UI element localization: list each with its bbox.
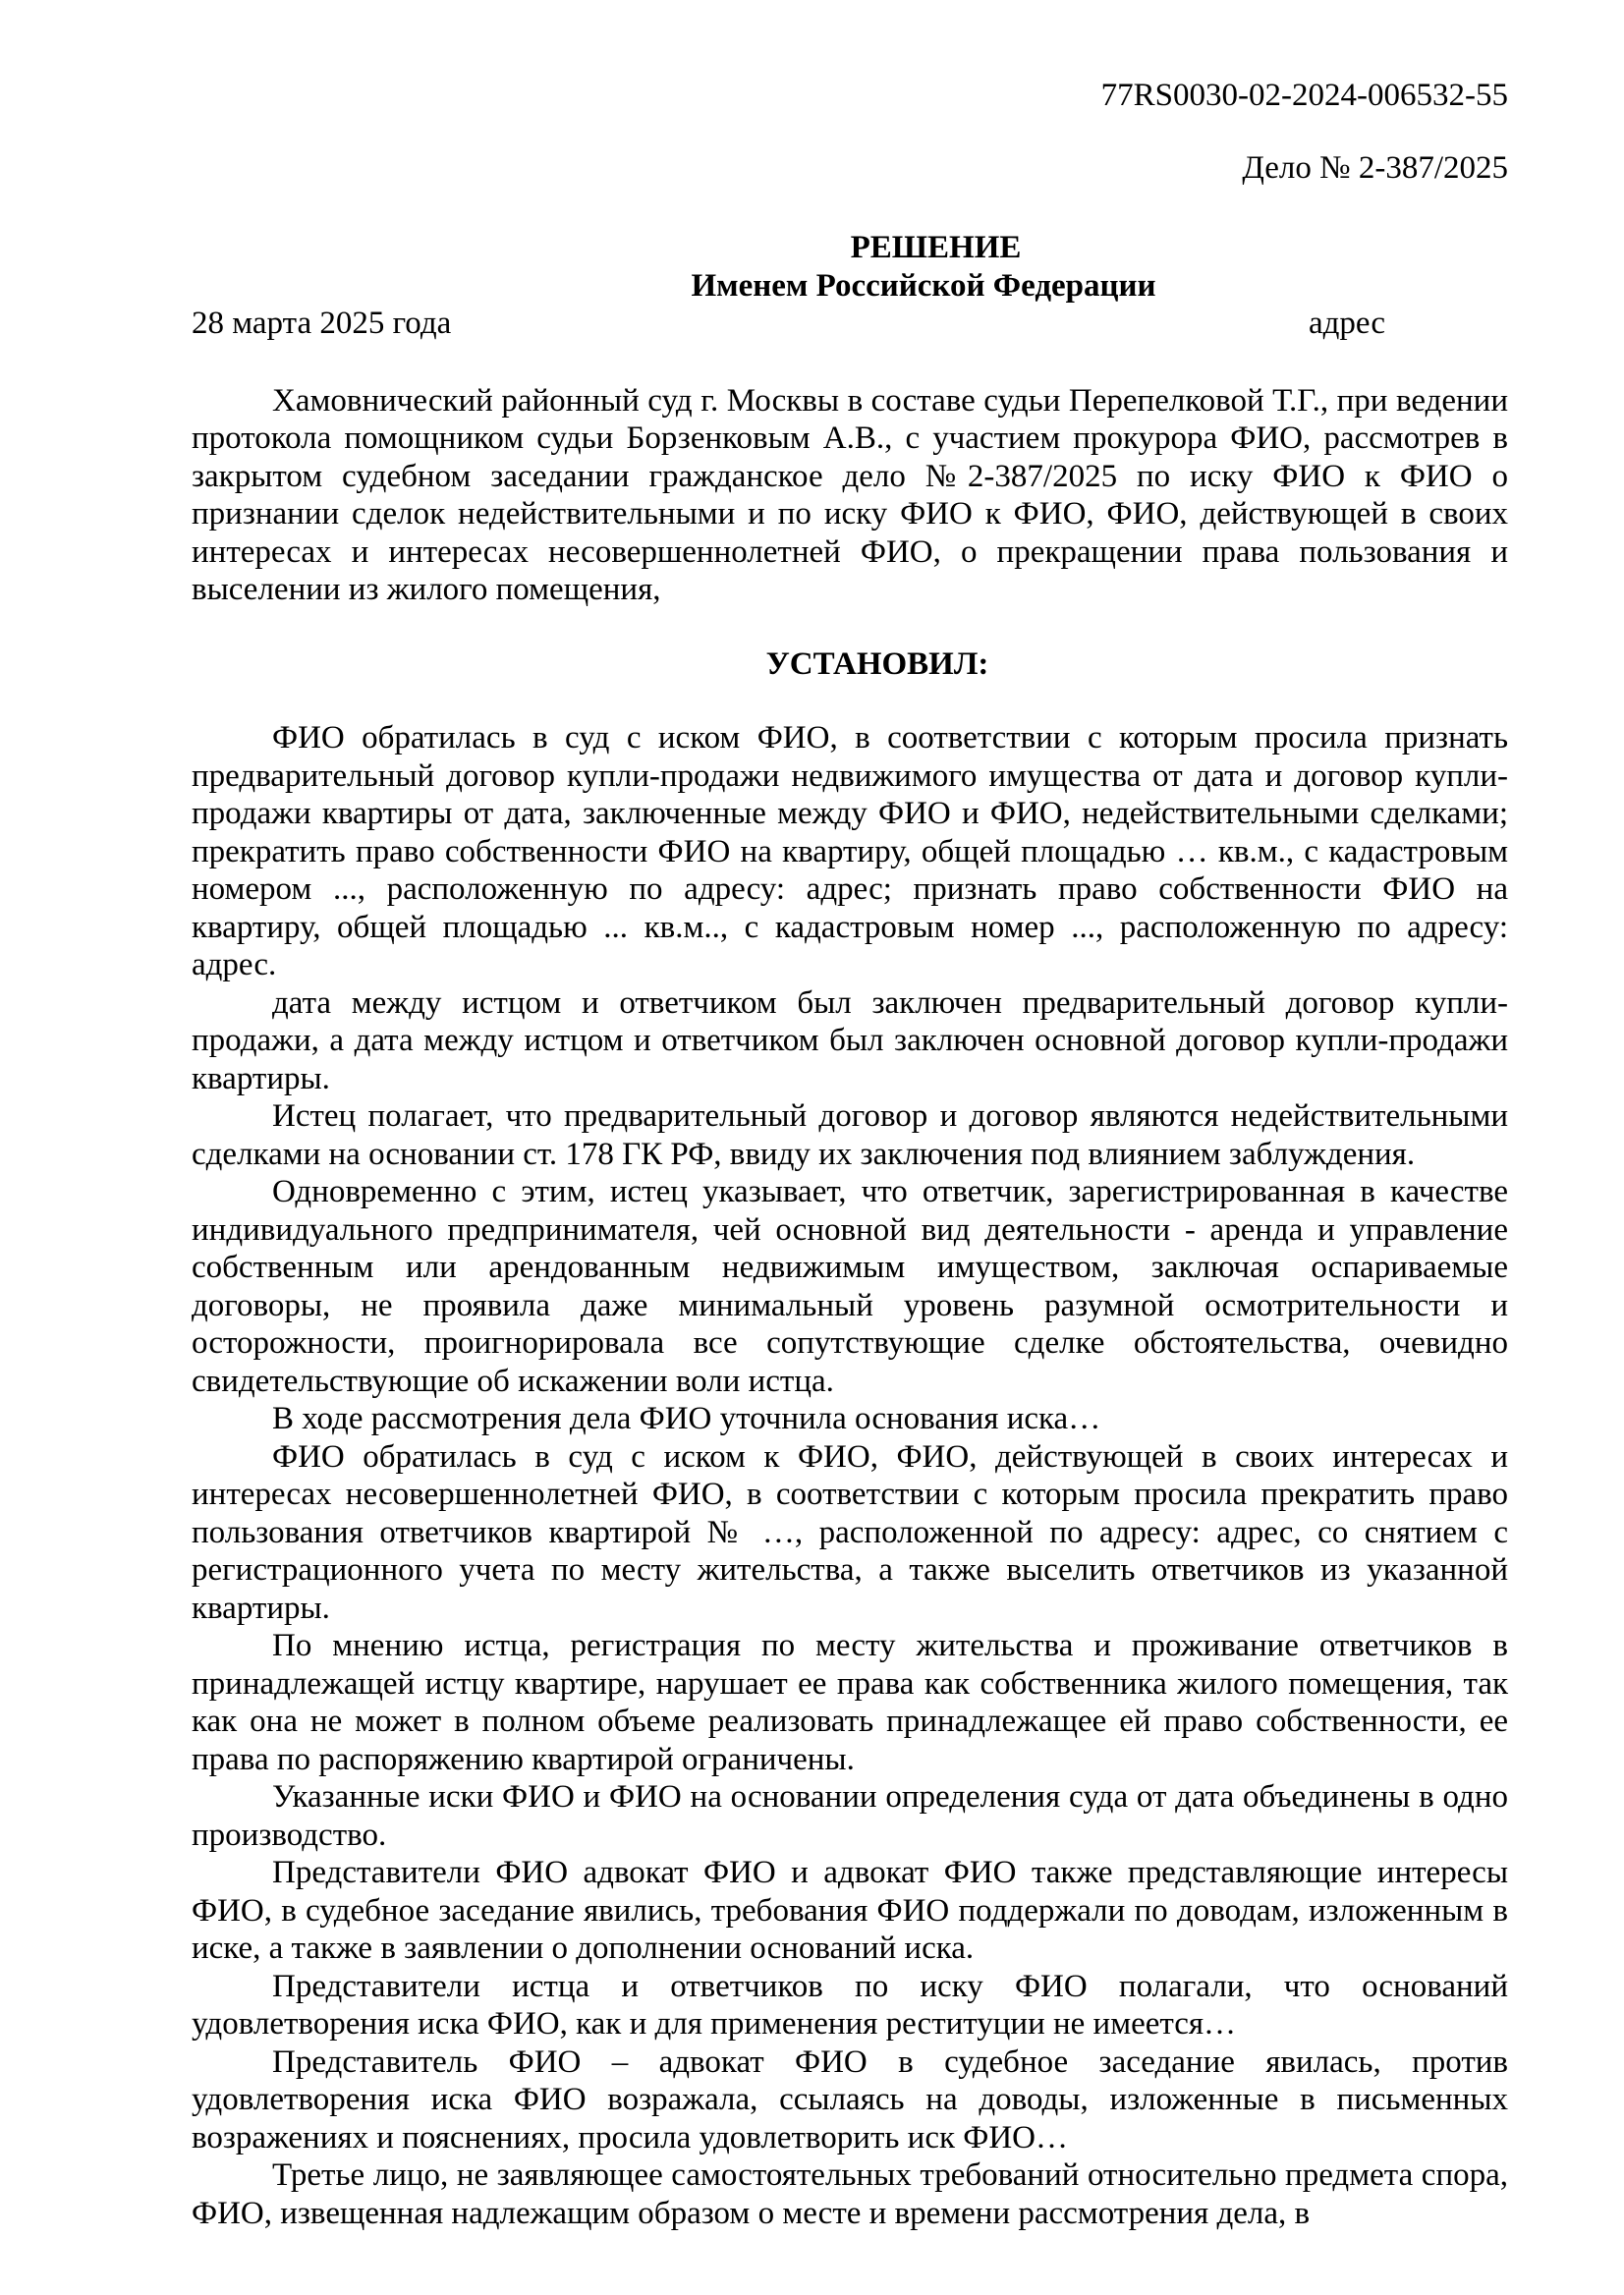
body-paragraph: дата между истцом и ответчиком был заклю… [192, 984, 1508, 1098]
body-paragraph: Указанные иски ФИО и ФИО на основании оп… [192, 1778, 1508, 1854]
established-heading: УСТАНОВИЛ: [192, 645, 1508, 684]
body-paragraph: ФИО обратилась в суд с иском к ФИО, ФИО,… [192, 1438, 1508, 1628]
intro-paragraph: Хамовнический районный суд г. Москвы в с… [192, 382, 1508, 609]
body-paragraph: Третье лицо, не заявляющее самостоятельн… [192, 2156, 1508, 2232]
body-paragraph: Представители истца и ответчиков по иску… [192, 1968, 1508, 2043]
body-paragraph: В ходе рассмотрения дела ФИО уточнила ос… [192, 1400, 1508, 1438]
body-paragraph: ФИО обратилась в суд с иском ФИО, в соот… [192, 719, 1508, 984]
court-decision-page: 77RS0030-02-2024-006532-55 Дело № 2-387/… [0, 0, 1624, 2295]
decision-date: 28 марта 2025 года [192, 305, 451, 343]
address-placeholder: адрес [1309, 305, 1385, 343]
decision-subtitle: Именем Российской Федерации [192, 267, 1508, 306]
date-address-line: 28 марта 2025 года адрес [192, 305, 1508, 343]
body-paragraph: Представитель ФИО – адвокат ФИО в судебн… [192, 2043, 1508, 2157]
body-paragraph: Одновременно с этим, истец указывает, чт… [192, 1173, 1508, 1400]
body-paragraph: Представители ФИО адвокат ФИО и адвокат … [192, 1854, 1508, 1968]
decision-title: РЕШЕНИЕ [192, 229, 1508, 267]
body-paragraph: По мнению истца, регистрация по месту жи… [192, 1627, 1508, 1778]
case-uid: 77RS0030-02-2024-006532-55 [192, 77, 1508, 115]
body-paragraph: Истец полагает, что предварительный дого… [192, 1097, 1508, 1173]
case-number: Дело № 2-387/2025 [192, 149, 1508, 188]
